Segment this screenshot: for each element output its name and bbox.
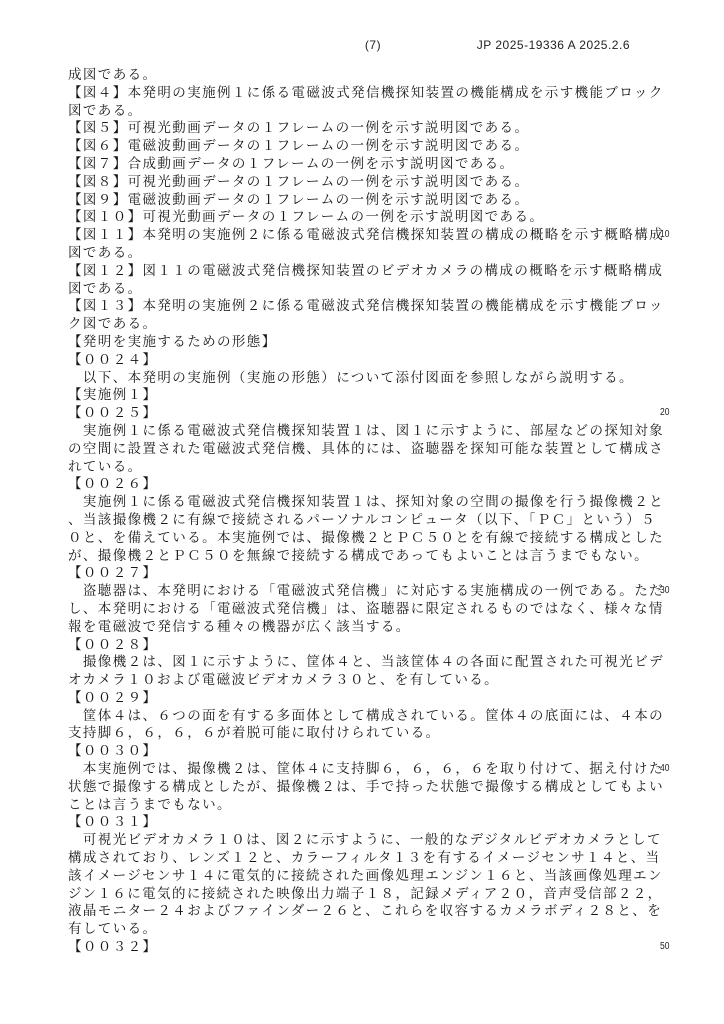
text-line: 本実施例では、撮像機２は、筐体４に支持脚６，６，６，６を取り付けて、据え付けた [68, 760, 643, 778]
text-line: 筐体４は、６つの面を有する多面体として構成されている。筐体４の底面には、４本の [68, 707, 643, 725]
text-line: し、本発明における「電磁波式発信機」は、盗聴器に限定されるものではなく、様々な情 [68, 600, 643, 618]
text-line: 撮像機２は、図１に示すように、筐体４と、当該筐体４の各面に配置された可視光ビデ [68, 653, 643, 671]
line-number-20: 20 [660, 404, 680, 422]
line-number-10: 10 [660, 226, 680, 244]
text-line: 支持脚６，６，６，６が着脱可能に取付けられている。 [68, 724, 643, 742]
text-line: 実施例１に係る電磁波式発信機探知装置１は、探知対象の空間の撮像を行う撮像機２と [68, 493, 643, 511]
text-line: 【図９】電磁波動画データの１フレームの一例を示す説明図である。 [68, 191, 643, 209]
text-line: 【００２６】 [68, 475, 643, 493]
text-line: 図である。 [68, 280, 643, 298]
line-number-40: 40 [660, 760, 680, 778]
text-line: オカメラ１０および電磁波ビデオカメラ３０と、を有している。 [68, 671, 643, 689]
text-line: ことは言うまでもない。 [68, 796, 643, 814]
document-body: 成図である。【図４】本発明の実施例１に係る電磁波式発信機探知装置の機能構成を示す… [68, 66, 643, 956]
text-line: 【００３２】 [68, 938, 643, 956]
text-line: 【００２９】 [68, 689, 643, 707]
text-line: 【図７】合成動画データの１フレームの一例を示す説明図である。 [68, 155, 643, 173]
text-line: ク図である。 [68, 315, 643, 333]
line-number-30: 30 [660, 582, 680, 600]
text-line: 実施例１に係る電磁波式発信機探知装置１は、図１に示すように、部屋などの探知対象 [68, 422, 643, 440]
text-line: 盗聴器は、本発明における「電磁波式発信機」に対応する実施構成の一例である。ただ [68, 582, 643, 600]
publication-identifier: JP 2025-19336 A 2025.2.6 [477, 38, 630, 52]
text-line: 以下、本発明の実施例（実施の形態）について添付図面を参照しながら説明する。 [68, 369, 643, 387]
text-line: の空間に設置された電磁波式発信機、具体的には、盗聴器を探知可能な装置として構成さ [68, 440, 643, 458]
patent-document-page: (7) JP 2025-19336 A 2025.2.6 成図である。【図４】本… [0, 0, 724, 1024]
text-line: ジン１６に電気的に接続された映像出力端子１８，記録メディア２０，音声受信部２２， [68, 885, 643, 903]
text-line: 【図５】可視光動画データの１フレームの一例を示す説明図である。 [68, 119, 643, 137]
text-line: 【図１２】図１１の電磁波式発信機探知装置のビデオカメラの構成の概略を示す概略構成 [68, 262, 643, 280]
text-line: 【図１３】本発明の実施例２に係る電磁波式発信機探知装置の機能構成を示す機能ブロッ [68, 297, 643, 315]
text-line: 【００３０】 [68, 742, 643, 760]
text-line: 【図１１】本発明の実施例２に係る電磁波式発信機探知装置の構成の概略を示す概略構成 [68, 226, 643, 244]
page-number: (7) [365, 38, 381, 52]
text-line: 成図である。 [68, 66, 643, 84]
text-line: 【００２４】 [68, 351, 643, 369]
text-line: 【００２７】 [68, 564, 643, 582]
text-line: ０と、を備えている。本実施例では、撮像機２とＰＣ５０とを有線で接続する構成とした [68, 529, 643, 547]
text-line: 【図６】電磁波動画データの１フレームの一例を示す説明図である。 [68, 137, 643, 155]
text-line: 【発明を実施するための形態】 [68, 333, 643, 351]
text-line: 図である。 [68, 102, 643, 120]
text-line: 図である。 [68, 244, 643, 262]
text-line: 可視光ビデオカメラ１０は、図２に示すように、一般的なデジタルビデオカメラとして [68, 831, 643, 849]
text-line: 構成されており、レンズ１２と、カラーフィルタ１３を有するイメージセンサ１４と、当 [68, 849, 643, 867]
text-line: 該イメージセンサ１４に電気的に接続された画像処理エンジン１６と、当該画像処理エン [68, 867, 643, 885]
text-line: 【００２５】 [68, 404, 643, 422]
text-line: 報を電磁波で発信する種々の機器が広く該当する。 [68, 618, 643, 636]
text-line: 有している。 [68, 920, 643, 938]
text-line: 【実施例１】 [68, 386, 643, 404]
line-number-50: 50 [660, 938, 680, 956]
text-line: 、当該撮像機２に有線で接続されるパーソナルコンピュータ（以下、「ＰＣ」という）５ [68, 511, 643, 529]
text-line: 液晶モニター２４およびファインダー２６と、これらを収容するカメラボディ２８と、を [68, 902, 643, 920]
text-line: 【図８】可視光動画データの１フレームの一例を示す説明図である。 [68, 173, 643, 191]
text-line: 【００２８】 [68, 636, 643, 654]
text-line: 【図４】本発明の実施例１に係る電磁波式発信機探知装置の機能構成を示す機能ブロック [68, 84, 643, 102]
text-line: 状態で撮像する構成としたが、撮像機２は、手で持った状態で撮像する構成としてもよい [68, 778, 643, 796]
text-line: 【００３１】 [68, 813, 643, 831]
text-line: が、撮像機２とＰＣ５０を無線で接続する構成であってもよいことは言うまでもない。 [68, 547, 643, 565]
text-line: れている。 [68, 458, 643, 476]
page-header: (7) JP 2025-19336 A 2025.2.6 [0, 38, 724, 56]
text-line: 【図１０】可視光動画データの１フレームの一例を示す説明図である。 [68, 208, 643, 226]
